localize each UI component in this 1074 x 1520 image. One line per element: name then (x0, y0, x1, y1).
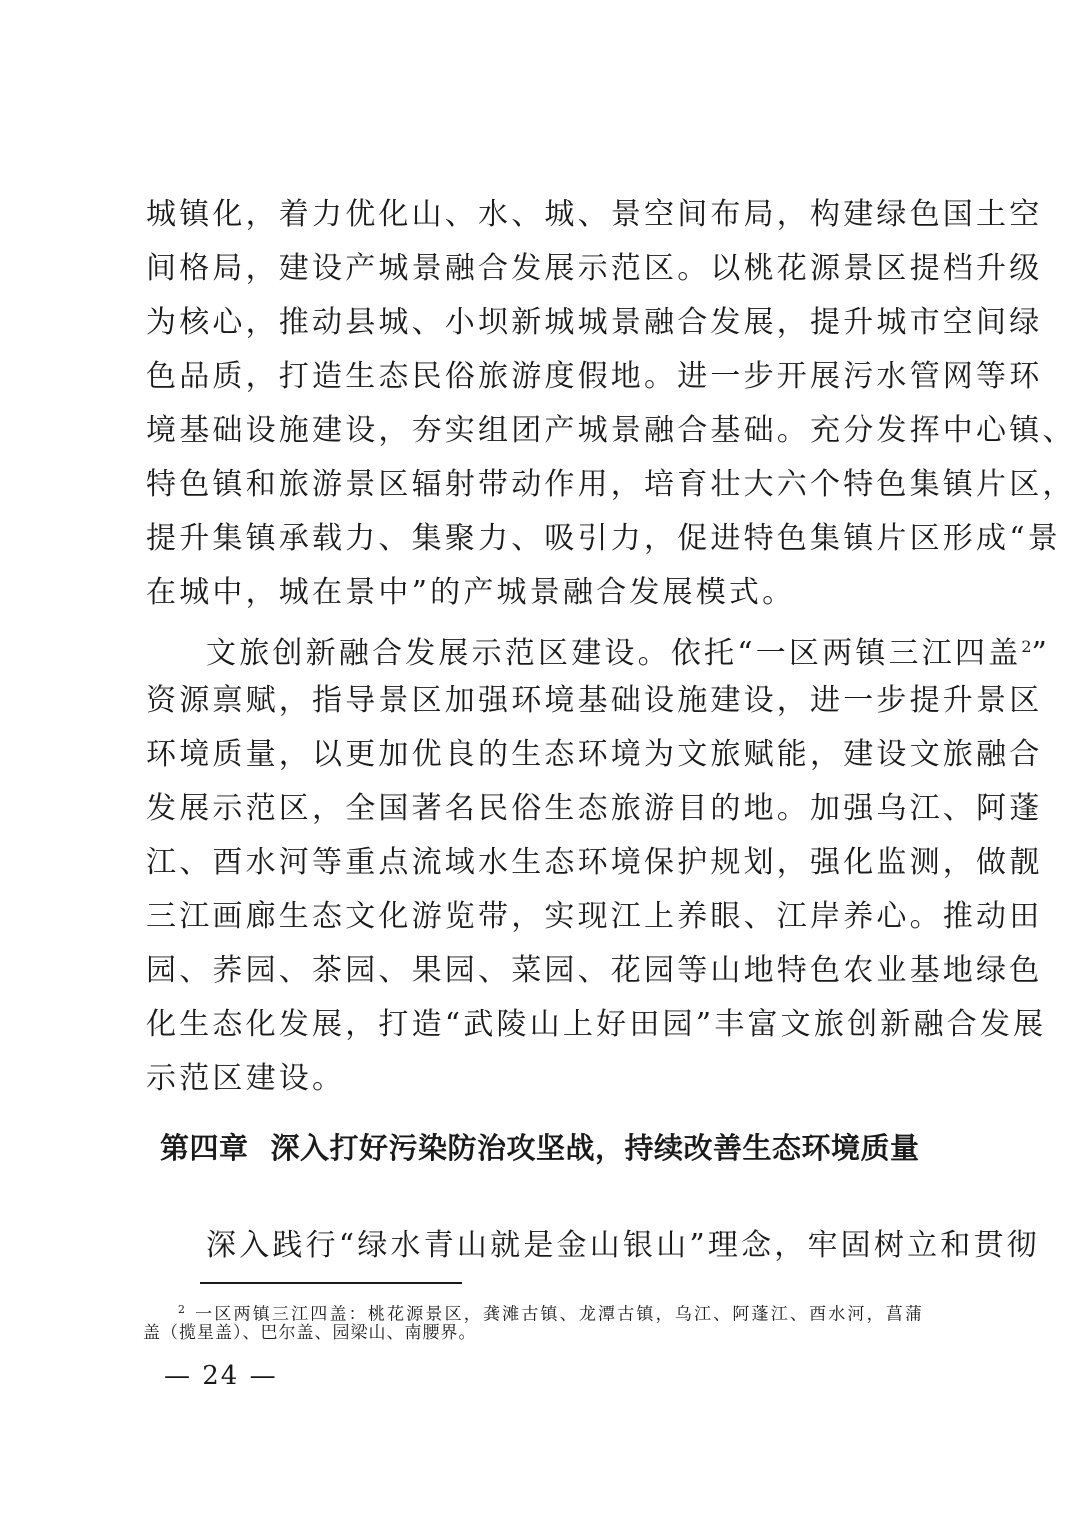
text-line: 特色镇和旅游景区辐射带动作用，培育壮大六个特色集镇片区， (146, 467, 924, 503)
footnote-separator (200, 1282, 462, 1284)
text-line: 化生态化发展，打造“武陵山上好田园”丰富文旅创新融合发展 (146, 1007, 924, 1043)
text-line: 境基础设施建设，夯实组团产城景融合基础。充分发挥中心镇、 (146, 413, 924, 449)
footnote-reference[interactable]: 2 (1021, 637, 1031, 656)
text-fragment: ” (1032, 636, 1051, 671)
document-page: 城镇化，着力优化山、水、城、景空间布局，构建绿色国土空 间格局，建设产城景融合发… (0, 0, 1074, 1520)
paragraph-chapter-intro: 深入践行“绿水青山就是金山银山”理念，牢固树立和贯彻 (206, 1228, 924, 1264)
text-line: 间格局，建设产城景融合发展示范区。以桃花源景区提档升级 (146, 251, 924, 287)
text-line: 三江画廊生态文化游览带，实现江上养眼、江岸养心。推动田 (146, 899, 924, 935)
chapter-heading: 第四章深入打好污染防治攻坚战，持续改善生态环境质量 (160, 1128, 920, 1168)
text-line: 城镇化，着力优化山、水、城、景空间布局，构建绿色国土空 (146, 197, 924, 233)
text-fragment: 文旅创新融合发展示范区建设。依托“一区两镇三江四盖 (206, 636, 1021, 671)
chapter-title: 深入打好污染防治攻坚战，持续改善生态环境质量 (271, 1131, 920, 1165)
text-line: 在城中，城在景中”的产城景融合发展模式。 (146, 575, 924, 611)
text-line: 为核心，推动县城、小坝新城城景融合发展，提升城市空间绿 (146, 305, 924, 341)
text-line-first: 文旅创新融合发展示范区建设。依托“一区两镇三江四盖2” (206, 629, 924, 672)
text-line: 色品质，打造生态民俗旅游度假地。进一步开展污水管网等环 (146, 359, 924, 395)
text-line: 园、荞园、茶园、果园、菜园、花园等山地特色农业基地绿色 (146, 953, 924, 989)
text-line: 江、酉水河等重点流域水生态环境保护规划，强化监测，做靓 (146, 845, 924, 881)
text-line: 示范区建设。 (146, 1061, 924, 1097)
footnote-marker: 2 (178, 1303, 186, 1316)
chapter-number: 第四章 (160, 1131, 249, 1165)
page-number: — 24 — (164, 1360, 278, 1392)
footnote-line-2: 盖（揽星盖）、巴尔盖、园梁山、南腰界。 (143, 1322, 477, 1344)
text-line: 资源禀赋，指导景区加强环境基础设施建设，进一步提升景区 (146, 683, 924, 719)
text-line: 提升集镇承载力、集聚力、吸引力，促进特色集镇片区形成“景 (146, 521, 924, 557)
text-line: 发展示范区，全国著名民俗生态旅游目的地。加强乌江、阿蓬 (146, 791, 924, 827)
text-line: 环境质量，以更加优良的生态环境为文旅赋能，建设文旅融合 (146, 737, 924, 773)
